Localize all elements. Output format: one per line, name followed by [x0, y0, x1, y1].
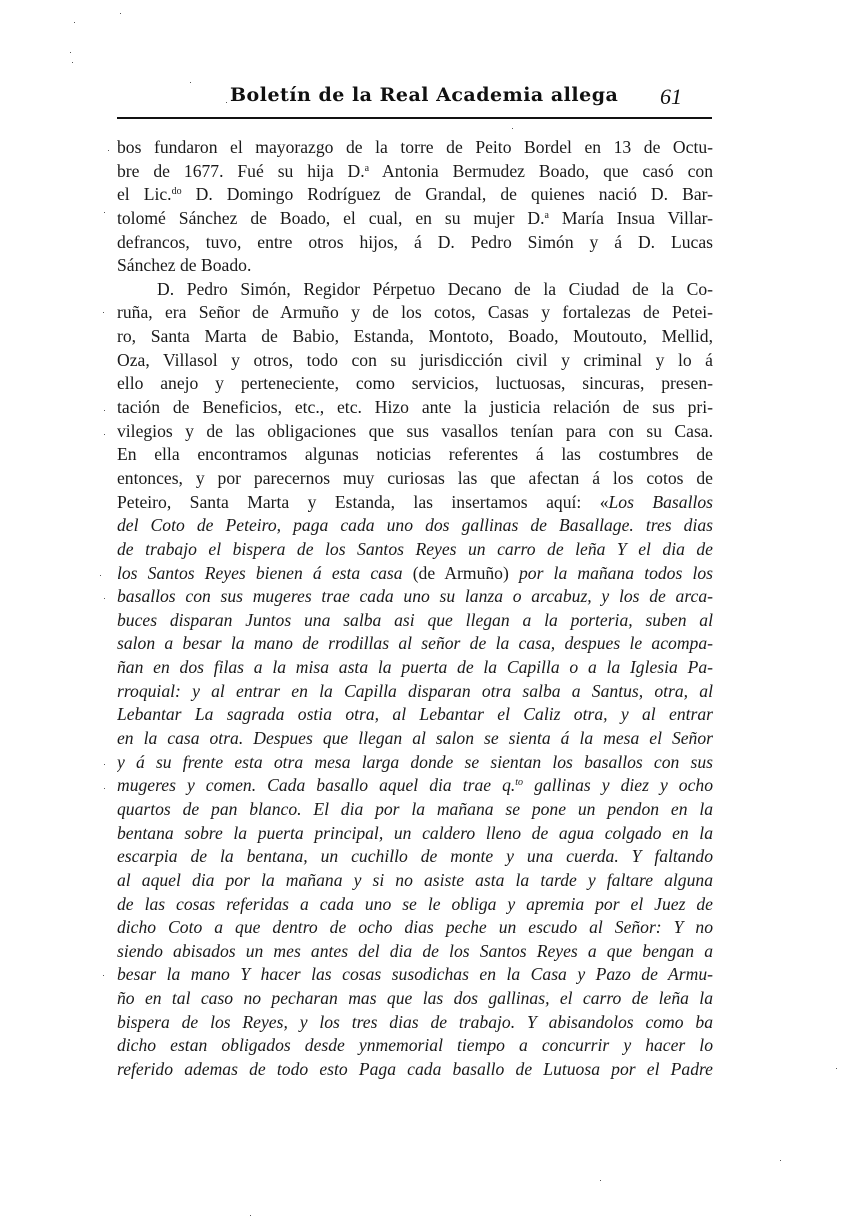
scan-speck — [836, 1068, 837, 1069]
text-italic: Los Basallos — [609, 492, 713, 512]
scan-speck — [104, 434, 105, 435]
scan-speck — [74, 22, 75, 23]
text-line: ruña, era Señor de Armuño y de los cotos… — [117, 301, 713, 325]
scan-speck — [70, 52, 71, 53]
scan-speck — [250, 1215, 251, 1216]
running-title: Boletín de la Real Academia allega — [230, 84, 618, 106]
scan-speck — [780, 1160, 781, 1161]
text-italic: mugeres y comen. Cada basallo aquel dia … — [117, 775, 515, 795]
text-line: ño en tal caso no pecharan mas que las d… — [117, 987, 713, 1011]
text-line: ro, Santa Marta de Babio, Estanda, Monto… — [117, 325, 713, 349]
text-line: Lebantar La sagrada ostia otra, al Leban… — [117, 703, 713, 727]
text-line: en la casa otra. Despues que llegan al s… — [117, 727, 713, 751]
text-roman: (de Armuño) — [413, 563, 509, 583]
document-page: Boletín de la Real Academia allega 61 bo… — [0, 0, 850, 1231]
text-line: entonces, y por parecernos muy curiosas … — [117, 467, 713, 491]
text-line: los Santos Reyes bienen á esta casa (de … — [117, 562, 713, 586]
text-line: bispera de los Reyes, y los tres dias de… — [117, 1011, 713, 1035]
text-line: ello anejo y perteneciente, como servici… — [117, 372, 713, 396]
text-line: vilegios y de las obligaciones que sus v… — [117, 420, 713, 444]
text-line: tolomé Sánchez de Boado, el cual, en su … — [117, 207, 713, 231]
scan-speck — [190, 82, 191, 83]
scan-speck — [104, 764, 105, 765]
running-head: Boletín de la Real Academia allega 61 — [117, 84, 712, 114]
scan-speck — [103, 312, 104, 313]
text-line: rroquial: y al entrar en la Capilla disp… — [117, 680, 713, 704]
text-line: al aquel dia por la mañana y si no asist… — [117, 869, 713, 893]
text-line: siendo abisados un mes antes del dia de … — [117, 940, 713, 964]
text-italic: los Santos Reyes bienen á esta casa — [117, 563, 413, 583]
text-line: buces disparan Juntos una salba asi que … — [117, 609, 713, 633]
text-line: ñan en dos filas a la misa asta la puert… — [117, 656, 713, 680]
header-rule — [117, 117, 712, 119]
text-line: bentana sobre la puerta principal, un ca… — [117, 822, 713, 846]
scan-speck — [100, 575, 101, 576]
text-line: dicho Coto a que dentro de ocho dias pec… — [117, 916, 713, 940]
scan-speck — [120, 13, 121, 14]
page-number: 61 — [660, 84, 682, 110]
text-line: tación de Beneficios, etc., etc. Hizo an… — [117, 396, 713, 420]
text-line: dicho estan obligados desde ynmemorial t… — [117, 1034, 713, 1058]
text-line: Peteiro, Santa Marta y Estanda, las inse… — [117, 491, 713, 515]
body-text: bos fundaron el mayorazgo de la torre de… — [117, 136, 713, 1082]
scan-speck — [108, 150, 109, 151]
text-line: el Lic.do D. Domingo Rodríguez de Granda… — [117, 183, 713, 207]
scan-speck — [104, 598, 105, 599]
superscript: to — [515, 777, 523, 788]
text-line: del Coto de Peteiro, paga cada uno dos g… — [117, 514, 713, 538]
scan-speck — [226, 102, 227, 103]
scan-speck — [600, 1180, 601, 1181]
text-line: Sánchez de Boado. — [117, 254, 713, 278]
text-line: quartos de pan blanco. El dia por la mañ… — [117, 798, 713, 822]
scan-speck — [104, 410, 105, 411]
text-italic: por la mañana todos los — [509, 563, 713, 583]
text-line: mugeres y comen. Cada basallo aquel dia … — [117, 774, 713, 798]
scan-speck — [512, 128, 513, 129]
text-line: En ella encontramos algunas noticias ref… — [117, 443, 713, 467]
text-line: bos fundaron el mayorazgo de la torre de… — [117, 136, 713, 160]
text-line: D. Pedro Simón, Regidor Pérpetuo Decano … — [117, 278, 713, 302]
scan-speck — [103, 975, 104, 976]
scan-speck — [104, 212, 105, 213]
text-italic: gallinas y diez y ocho — [523, 775, 713, 795]
text-line: de las cosas referidas a cada uno se le … — [117, 893, 713, 917]
text-line: besar la mano Y hacer las cosas susodich… — [117, 963, 713, 987]
text-line: salon a besar la mano de rrodillas al se… — [117, 632, 713, 656]
text-line: Oza, Villasol y otros, todo con su juris… — [117, 349, 713, 373]
text-line: defrancos, tuvo, entre otros hijos, á D.… — [117, 231, 713, 255]
text-line: referido ademas de todo esto Paga cada b… — [117, 1058, 713, 1082]
text-line: de trabajo el bispera de los Santos Reye… — [117, 538, 713, 562]
text-roman: Peteiro, Santa Marta y Estanda, las inse… — [117, 492, 609, 512]
scan-speck — [104, 788, 105, 789]
scan-speck — [72, 62, 73, 63]
text-line: basallos con sus mugeres trae cada uno s… — [117, 585, 713, 609]
text-line: escarpia de la bentana, un cuchillo de m… — [117, 845, 713, 869]
text-line: bre de 1677. Fué su hija D.a Antonia Ber… — [117, 160, 713, 184]
text-line: y á su frente esta otra mesa larga donde… — [117, 751, 713, 775]
